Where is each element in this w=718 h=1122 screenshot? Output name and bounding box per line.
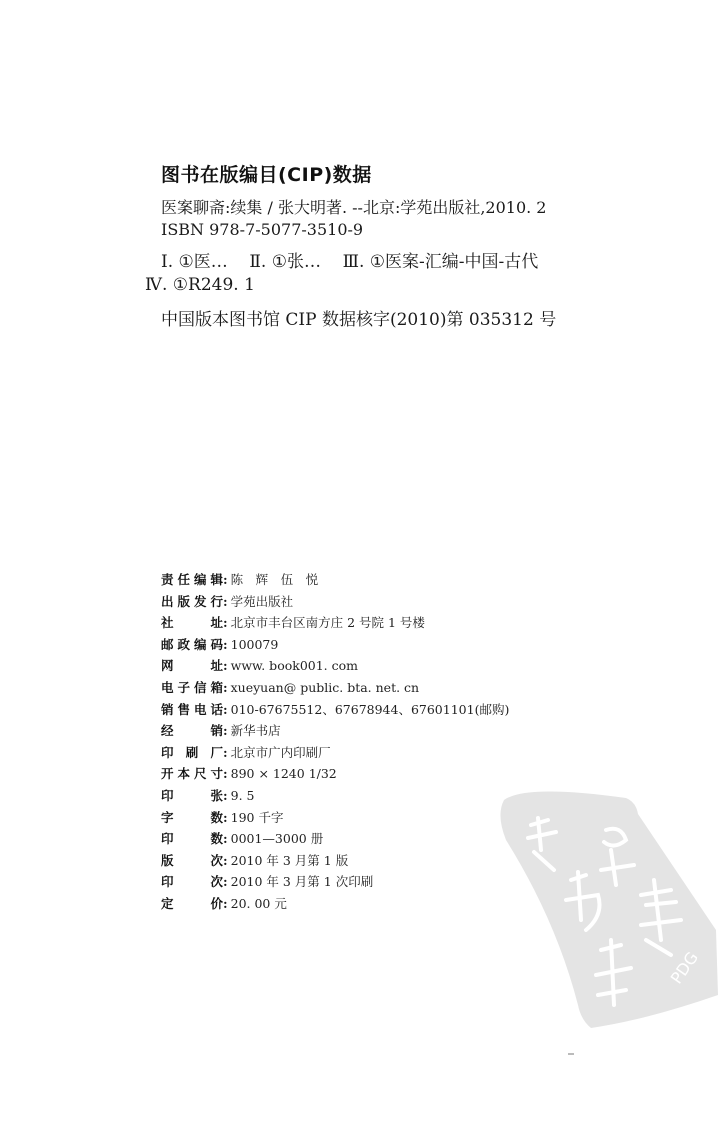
- colophon-label: 经销: [161, 720, 223, 742]
- seal-stamp-watermark: PDG: [486, 780, 718, 1030]
- label-colon: :: [223, 871, 228, 893]
- colophon-row: 字数:190 千字: [161, 807, 509, 829]
- colophon-label: 网址: [161, 655, 223, 677]
- colophon-row: 印刷厂:北京市广内印刷厂: [161, 742, 509, 764]
- isbn-line: ISBN 978-7-5077-3510-9: [161, 219, 681, 241]
- label-char: 子: [177, 677, 190, 699]
- label-colon: :: [223, 742, 228, 764]
- colophon-label: 责任编辑: [161, 569, 223, 591]
- colophon-label: 印张: [161, 785, 223, 807]
- colophon-value: 新华书店: [231, 720, 281, 742]
- label-char: 次: [210, 850, 223, 872]
- label-char: 址: [210, 655, 223, 677]
- label-char: 址: [210, 612, 223, 634]
- colophon-row: 责任编辑:陈 辉 伍 悦: [161, 569, 509, 591]
- label-char: 任: [177, 569, 190, 591]
- label-char: 销: [161, 699, 174, 721]
- colophon-row: 印张:9. 5: [161, 785, 509, 807]
- label-colon: :: [223, 677, 228, 699]
- colophon-value: 北京市丰台区南方庄 2 号院 1 号楼: [231, 612, 425, 634]
- seal-stamp-icon: PDG: [486, 780, 718, 1030]
- cip-block: 图书在版编目(CIP)数据 医案聊斋:续集 / 张大明著. --北京:学苑出版社…: [161, 160, 681, 331]
- label-char: 发: [194, 591, 207, 613]
- colophon-label: 出版发行: [161, 591, 223, 613]
- colophon-value: 北京市广内印刷厂: [231, 742, 331, 764]
- label-char: 政: [177, 634, 190, 656]
- label-char: 版: [177, 591, 190, 613]
- label-char: 开: [161, 763, 174, 785]
- colophon-label: 印次: [161, 871, 223, 893]
- label-char: 销: [210, 720, 223, 742]
- label-char: 责: [161, 569, 174, 591]
- label-colon: :: [223, 720, 228, 742]
- colophon-label: 社址: [161, 612, 223, 634]
- colophon-label: 版次: [161, 850, 223, 872]
- colophon-label: 字数: [161, 807, 223, 829]
- label-char: 邮: [161, 634, 174, 656]
- colophon-value: 9. 5: [231, 785, 255, 807]
- classification-line-1: Ⅰ. ①医… Ⅱ. ①张… Ⅲ. ①医案-汇编-中国-古代: [161, 251, 681, 274]
- label-char: 话: [210, 699, 223, 721]
- colophon-row: 邮政编码:100079: [161, 634, 509, 656]
- colophon-row: 销售电话:010-67675512、67678944、67601101(邮购): [161, 699, 509, 721]
- label-char: 尺: [194, 763, 207, 785]
- colophon-value: xueyuan@ public. bta. net. cn: [231, 677, 419, 699]
- colophon-row: 版次:2010 年 3 月第 1 版: [161, 850, 509, 872]
- colophon-value: 190 千字: [231, 807, 284, 829]
- scan-speck: [568, 1053, 574, 1055]
- cip-entry-line: 医案聊斋:续集 / 张大明著. --北京:学苑出版社,2010. 2: [161, 197, 681, 219]
- cip-record-number: 中国版本图书馆 CIP 数据核字(2010)第 035312 号: [161, 309, 681, 331]
- label-char: 版: [161, 850, 174, 872]
- colophon-label: 电子信箱: [161, 677, 223, 699]
- label-colon: :: [223, 807, 228, 829]
- colophon-row: 出版发行:学苑出版社: [161, 591, 509, 613]
- label-char: 箱: [210, 677, 223, 699]
- label-char: 价: [210, 893, 223, 915]
- label-colon: :: [223, 828, 228, 850]
- label-colon: :: [223, 612, 228, 634]
- colophon-value: 890 × 1240 1/32: [231, 763, 337, 785]
- label-char: 寸: [210, 763, 223, 785]
- colophon-label: 邮政编码: [161, 634, 223, 656]
- label-char: 印: [161, 742, 174, 764]
- label-char: 印: [161, 871, 174, 893]
- label-char: 字: [161, 807, 174, 829]
- label-char: 次: [210, 871, 223, 893]
- label-char: 行: [210, 591, 223, 613]
- colophon-label: 印数: [161, 828, 223, 850]
- label-char: 网: [161, 655, 174, 677]
- label-colon: :: [223, 634, 228, 656]
- label-char: 编: [194, 634, 207, 656]
- label-char: 本: [177, 763, 190, 785]
- label-colon: :: [223, 591, 228, 613]
- colophon-value: www. book001. com: [231, 655, 358, 677]
- colophon-row: 开本尺寸:890 × 1240 1/32: [161, 763, 509, 785]
- colophon-value: 学苑出版社: [231, 591, 294, 613]
- classification-line-2: Ⅳ. ①R249. 1: [145, 274, 681, 297]
- label-colon: :: [223, 785, 228, 807]
- colophon-row: 定价:20. 00 元: [161, 893, 509, 915]
- colophon-row: 电子信箱:xueyuan@ public. bta. net. cn: [161, 677, 509, 699]
- colophon-value: 0001—3000 册: [231, 828, 324, 850]
- label-char: 出: [161, 591, 174, 613]
- colophon-label: 销售电话: [161, 699, 223, 721]
- colophon-value: 2010 年 3 月第 1 版: [231, 850, 349, 872]
- label-char: 编: [194, 569, 207, 591]
- label-char: 数: [210, 807, 223, 829]
- label-char: 辑: [210, 569, 223, 591]
- colophon-value: 100079: [231, 634, 279, 656]
- label-char: 刷: [186, 742, 199, 764]
- label-colon: :: [223, 850, 228, 872]
- colophon-row: 印次:2010 年 3 月第 1 次印刷: [161, 871, 509, 893]
- label-char: 厂: [210, 742, 223, 764]
- label-colon: :: [223, 893, 228, 915]
- colophon-row: 网址:www. book001. com: [161, 655, 509, 677]
- colophon-value: 010-67675512、67678944、67601101(邮购): [231, 699, 510, 721]
- label-colon: :: [223, 655, 228, 677]
- colophon-value: 20. 00 元: [231, 893, 287, 915]
- colophon-label: 定价: [161, 893, 223, 915]
- label-colon: :: [223, 699, 228, 721]
- colophon: 责任编辑:陈 辉 伍 悦出版发行:学苑出版社社址:北京市丰台区南方庄 2 号院 …: [161, 569, 509, 915]
- colophon-label: 印刷厂: [161, 742, 223, 764]
- label-char: 印: [161, 785, 174, 807]
- label-char: 经: [161, 720, 174, 742]
- colophon-value: 陈 辉 伍 悦: [231, 569, 319, 591]
- label-char: 电: [161, 677, 174, 699]
- label-char: 电: [194, 699, 207, 721]
- colophon-label: 开本尺寸: [161, 763, 223, 785]
- label-char: 定: [161, 893, 174, 915]
- label-char: 社: [161, 612, 174, 634]
- label-colon: :: [223, 763, 228, 785]
- cip-title: 图书在版编目(CIP)数据: [161, 160, 681, 187]
- stamp-pdg-text: PDG: [667, 948, 702, 987]
- label-char: 售: [177, 699, 190, 721]
- colophon-row: 印数:0001—3000 册: [161, 828, 509, 850]
- colophon-row: 经销:新华书店: [161, 720, 509, 742]
- colophon-value: 2010 年 3 月第 1 次印刷: [231, 871, 374, 893]
- label-char: 数: [210, 828, 223, 850]
- colophon-row: 社址:北京市丰台区南方庄 2 号院 1 号楼: [161, 612, 509, 634]
- label-char: 张: [210, 785, 223, 807]
- label-char: 码: [210, 634, 223, 656]
- label-char: 信: [194, 677, 207, 699]
- label-colon: :: [223, 569, 228, 591]
- label-char: 印: [161, 828, 174, 850]
